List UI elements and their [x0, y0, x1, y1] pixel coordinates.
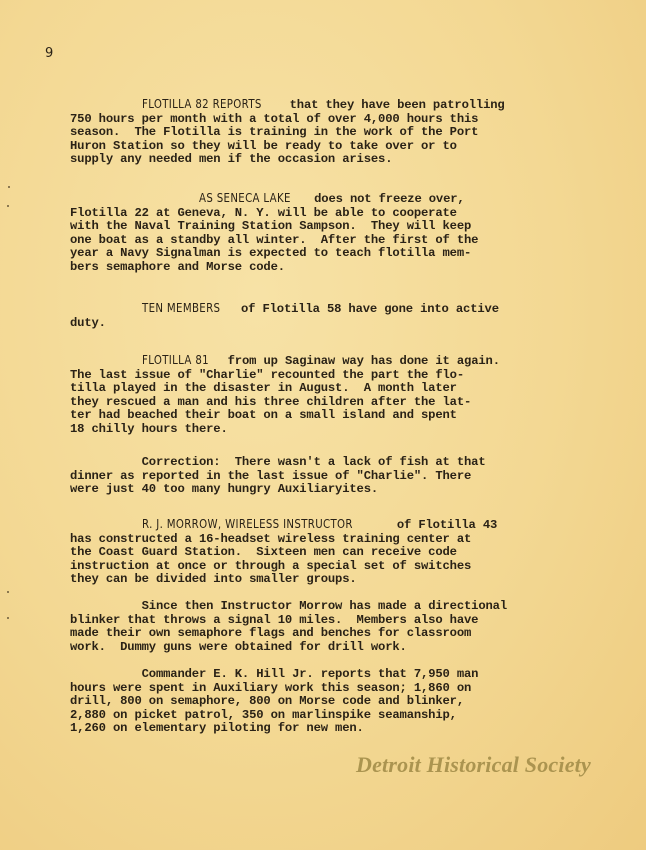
- watermark: Detroit Historical Society: [356, 752, 591, 778]
- paragraph-line: duty.: [70, 317, 550, 331]
- indent: [70, 518, 142, 532]
- paragraph-line: the Coast Guard Station. Sixteen men can…: [70, 546, 550, 560]
- paragraph-line: 2,880 on picket patrol, 350 on marlinspi…: [70, 709, 550, 723]
- paragraph-line: has constructed a 16-headset wireless tr…: [70, 533, 550, 547]
- paragraph-line: one boat as a standby all winter. After …: [70, 234, 550, 248]
- paragraph-line: made their own semaphore flags and bench…: [70, 627, 550, 641]
- indent: [70, 667, 142, 681]
- paragraph-first-line: Correction: There wasn't a lack of fish …: [70, 456, 550, 470]
- paragraph-line: Huron Station so they will be ready to t…: [70, 140, 550, 154]
- indent: [70, 98, 142, 112]
- paragraph-lead-caps: FLOTILLA 81: [142, 354, 209, 368]
- paragraph-line: year a Navy Signalman is expected to tea…: [70, 247, 550, 261]
- paragraph-line: dinner as reported in the last issue of …: [70, 470, 550, 484]
- paragraph-first-line: TEN MEMBERS of Flotilla 58 have gone int…: [70, 302, 550, 317]
- indent: [70, 302, 142, 316]
- indent: [70, 599, 142, 613]
- paper-speck: [8, 186, 10, 188]
- paragraph-line: instruction at once or through a special…: [70, 560, 550, 574]
- paragraph: FLOTILLA 81 from up Saginaw way has done…: [70, 354, 550, 437]
- paragraph: TEN MEMBERS of Flotilla 58 have gone int…: [70, 302, 550, 330]
- paragraph-line: Flotilla 22 at Geneva, N. Y. will be abl…: [70, 207, 550, 221]
- page-number: 9: [45, 46, 53, 61]
- paragraph-line: 750 hours per month with a total of over…: [70, 113, 550, 127]
- paragraph-line: tilla played in the disaster in August. …: [70, 382, 550, 396]
- paragraph-first-line: Commander E. K. Hill Jr. reports that 7,…: [70, 668, 550, 682]
- paragraph-line: were just 40 too many hungry Auxiliaryit…: [70, 483, 550, 497]
- paragraph-first-line: FLOTILLA 81 from up Saginaw way has done…: [70, 354, 550, 369]
- paragraph: AS SENECA LAKE does not freeze over,Flot…: [70, 192, 550, 275]
- paragraph-line: 1,260 on elementary piloting for new men…: [70, 722, 550, 736]
- indent: [70, 354, 142, 368]
- paragraph-line: with the Naval Training Station Sampson.…: [70, 220, 550, 234]
- paragraph: FLOTILLA 82 REPORTS that they have been …: [70, 98, 550, 167]
- paragraph-line: bers semaphore and Morse code.: [70, 261, 550, 275]
- paragraph-line: drill, 800 on semaphore, 800 on Morse co…: [70, 695, 550, 709]
- paragraph-line: 18 chilly hours there.: [70, 423, 550, 437]
- paragraph-first-text: from up Saginaw way has done it again.: [220, 354, 499, 368]
- paragraph-first-line: FLOTILLA 82 REPORTS that they have been …: [70, 98, 550, 113]
- paragraph-line: supply any needed men if the occasion ar…: [70, 153, 550, 167]
- paragraph-line: ter had beached their boat on a small is…: [70, 409, 550, 423]
- paragraph: Correction: There wasn't a lack of fish …: [70, 456, 550, 497]
- paragraph-line: hours were spent in Auxiliary work this …: [70, 682, 550, 696]
- paragraph-lead-caps: AS SENECA LAKE: [199, 192, 291, 206]
- paragraph-line: work. Dummy guns were obtained for drill…: [70, 641, 550, 655]
- paragraph: Since then Instructor Morrow has made a …: [70, 600, 550, 654]
- paragraph-lead-caps: TEN MEMBERS: [142, 302, 220, 316]
- indent: [70, 455, 142, 469]
- paragraph-lead-caps: FLOTILLA 82 REPORTS: [142, 98, 262, 112]
- indent: [70, 192, 199, 206]
- paragraph-first-text: of Flotilla 43: [390, 518, 497, 532]
- paragraph-line: season. The Flotilla is training in the …: [70, 126, 550, 140]
- paragraph-first-line: AS SENECA LAKE does not freeze over,: [70, 192, 550, 207]
- paragraph-first-text: Commander E. K. Hill Jr. reports that 7,…: [142, 667, 479, 681]
- paragraph: Commander E. K. Hill Jr. reports that 7,…: [70, 668, 550, 736]
- paragraph-first-text: Since then Instructor Morrow has made a …: [142, 599, 507, 613]
- paragraph-line: they can be divided into smaller groups.: [70, 573, 550, 587]
- paragraph-line: blinker that throws a signal 10 miles. M…: [70, 614, 550, 628]
- paragraph-first-text: does not freeze over,: [307, 192, 465, 206]
- paragraph-first-text: that they have been patrolling: [282, 98, 504, 112]
- paper-speck: [7, 617, 9, 619]
- paragraph: R. J. MORROW, WIRELESS INSTRUCTOR of Flo…: [70, 518, 550, 587]
- paragraph-line: The last issue of "Charlie" recounted th…: [70, 369, 550, 383]
- paragraph-first-line: Since then Instructor Morrow has made a …: [70, 600, 550, 614]
- paper-speck: [7, 205, 9, 207]
- paragraph-line: they rescued a man and his three childre…: [70, 396, 550, 410]
- paragraph-first-text: Correction: There wasn't a lack of fish …: [142, 455, 486, 469]
- paragraph-lead-caps: R. J. MORROW, WIRELESS INSTRUCTOR: [142, 518, 353, 532]
- paragraph-first-line: R. J. MORROW, WIRELESS INSTRUCTOR of Flo…: [70, 518, 550, 533]
- paragraph-first-text: of Flotilla 58 have gone into active: [234, 302, 499, 316]
- paper-speck: [7, 591, 9, 593]
